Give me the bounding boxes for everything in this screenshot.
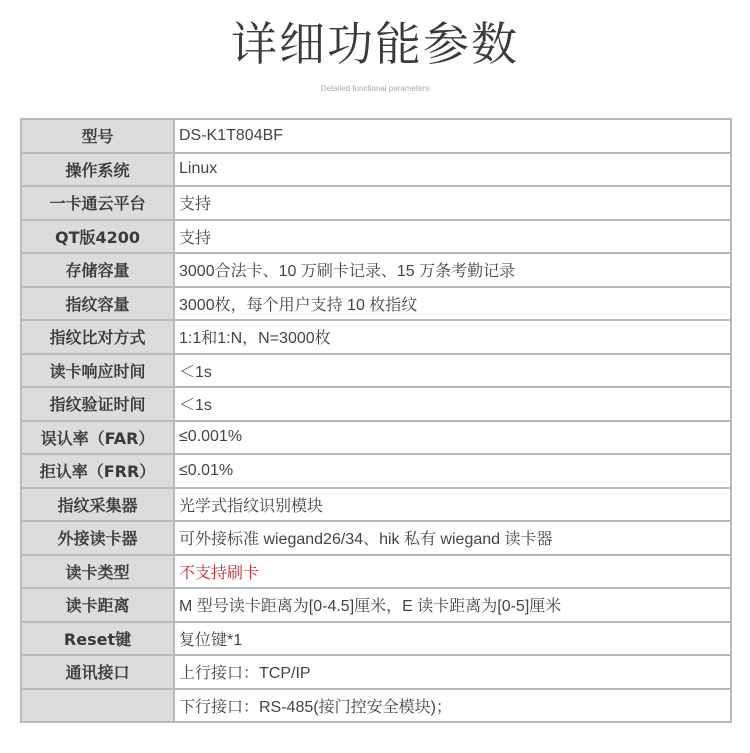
table-row-fingerprint-matching: 指纹比对方式 1:1和1:N，N=3000枚 [21, 320, 731, 354]
table-row-qt-version: QT版4200 支持 [21, 220, 731, 254]
row-label: 拒认率（FRR） [21, 454, 174, 488]
page-title: 详细功能参数 [0, 14, 750, 74]
table-row-far: 误认率（FAR） ≤0.001% [21, 421, 731, 455]
row-label: QT版4200 [21, 220, 174, 254]
row-value: ＜1s [174, 387, 731, 421]
row-label: 存储容量 [21, 253, 174, 287]
row-label: 指纹采集器 [21, 488, 174, 522]
table-row-fingerprint-verify-time: 指纹验证时间 ＜1s [21, 387, 731, 421]
table-row-reset-key: Reset键 复位键*1 [21, 622, 731, 656]
table-row-card-distance: 读卡距离 M 型号读卡距离为[0-4.5]厘米，E 读卡距离为[0-5]厘米 [21, 588, 731, 622]
row-value: 下行接口：RS-485(接门控安全模块)； [174, 689, 731, 723]
table-row-frr: 拒认率（FRR） ≤0.01% [21, 454, 731, 488]
table-row-comm-interface: 通讯接口 上行接口：TCP/IP [21, 655, 731, 689]
table-row-card-type: 读卡类型 不支持刷卡 [21, 555, 731, 589]
row-value: DS-K1T804BF [174, 119, 731, 153]
table-row-fingerprint-sensor: 指纹采集器 光学式指纹识别模块 [21, 488, 731, 522]
row-value: 支持 [174, 220, 731, 254]
table-row-cloud-platform: 一卡通云平台 支持 [21, 186, 731, 220]
row-label: 外接读卡器 [21, 521, 174, 555]
row-value: 复位键*1 [174, 622, 731, 656]
row-label: 指纹容量 [21, 287, 174, 321]
row-label: Reset键 [21, 622, 174, 656]
row-label [21, 689, 174, 723]
row-value: 1:1和1:N，N=3000枚 [174, 320, 731, 354]
row-label: 通讯接口 [21, 655, 174, 689]
row-value-highlight: 不支持刷卡 [174, 555, 731, 589]
page-subtitle: Detailed functional parameters [0, 83, 750, 95]
row-value: 3000合法卡、10 万刷卡记录、15 万条考勤记录 [174, 253, 731, 287]
row-label: 指纹比对方式 [21, 320, 174, 354]
spec-table: 型号 DS-K1T804BF 操作系统 Linux 一卡通云平台 支持 QT版4… [20, 118, 732, 723]
row-value: ＜1s [174, 354, 731, 388]
row-label: 操作系统 [21, 153, 174, 187]
row-value: 3000枚，每个用户支持 10 枚指纹 [174, 287, 731, 321]
row-value: 可外接标准 wiegand26/34、hik 私有 wiegand 读卡器 [174, 521, 731, 555]
table-row-comm-interface-downlink: 下行接口：RS-485(接门控安全模块)； [21, 689, 731, 723]
row-label: 一卡通云平台 [21, 186, 174, 220]
row-value: Linux [174, 153, 731, 187]
table-row-fingerprint-capacity: 指纹容量 3000枚，每个用户支持 10 枚指纹 [21, 287, 731, 321]
table-row-external-reader: 外接读卡器 可外接标准 wiegand26/34、hik 私有 wiegand … [21, 521, 731, 555]
row-label: 型号 [21, 119, 174, 153]
row-label: 读卡类型 [21, 555, 174, 589]
row-value: 光学式指纹识别模块 [174, 488, 731, 522]
row-label: 误认率（FAR） [21, 421, 174, 455]
row-label: 读卡响应时间 [21, 354, 174, 388]
row-value: 上行接口：TCP/IP [174, 655, 731, 689]
row-label: 指纹验证时间 [21, 387, 174, 421]
row-value: 支持 [174, 186, 731, 220]
row-value: M 型号读卡距离为[0-4.5]厘米，E 读卡距离为[0-5]厘米 [174, 588, 731, 622]
table-row-card-response-time: 读卡响应时间 ＜1s [21, 354, 731, 388]
table-row-storage-capacity: 存储容量 3000合法卡、10 万刷卡记录、15 万条考勤记录 [21, 253, 731, 287]
row-label: 读卡距离 [21, 588, 174, 622]
table-row-model: 型号 DS-K1T804BF [21, 119, 731, 153]
row-value: ≤0.01% [174, 454, 731, 488]
table-row-os: 操作系统 Linux [21, 153, 731, 187]
row-value: ≤0.001% [174, 421, 731, 455]
